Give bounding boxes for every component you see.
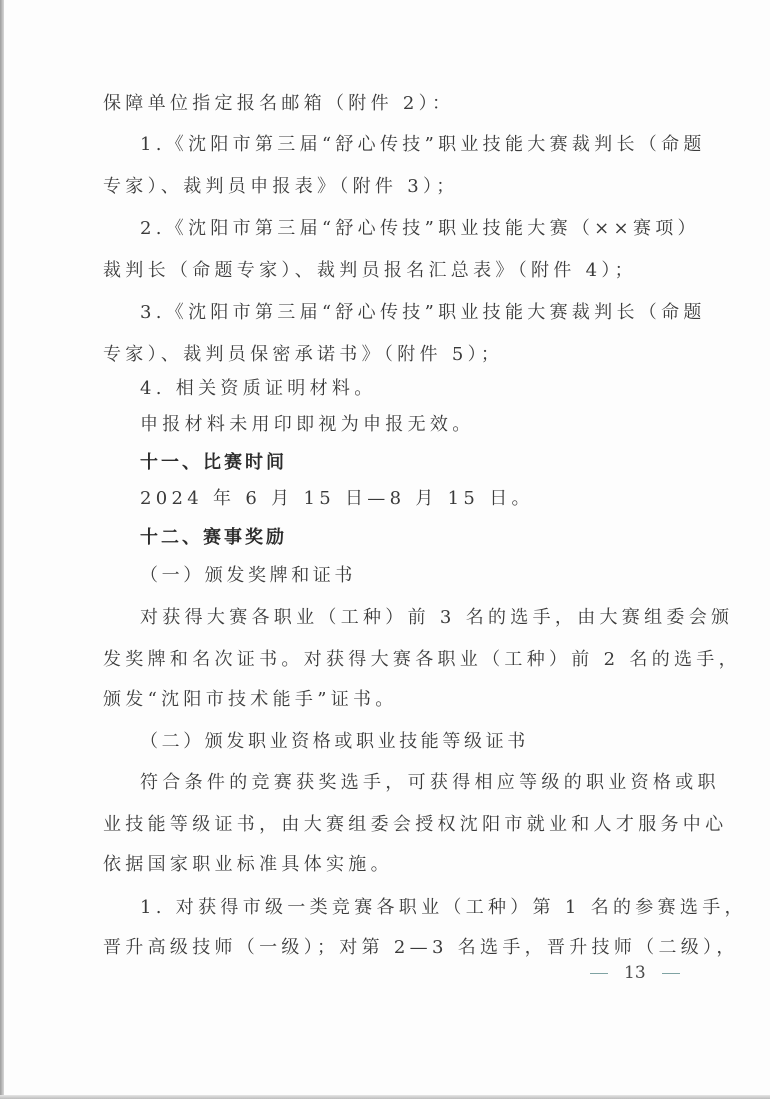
page-number-dash-left <box>590 973 608 974</box>
scan-edge-bottom <box>0 1095 770 1099</box>
text-line-item-1-cont: 专家）、裁判员申报表》（附件 3）； <box>103 175 459 199</box>
text-line-qualifications-1: 符合条件的竞赛获奖选手，可获得相应等级的职业资格或职 <box>140 771 720 795</box>
text-line-item-4: 4. 相关资质证明材料。 <box>140 377 377 401</box>
text-line-promotion-1: 1. 对获得市级一类竞赛各职业（工种）第 1 名的参赛选手， <box>140 896 747 920</box>
text-line-item-1: 1.《沈阳市第三届“舒心传技”职业技能大赛裁判长（命题 <box>140 133 706 157</box>
text-line-item-3-cont: 专家）、裁判员保密承诺书》（附件 5）； <box>103 343 503 367</box>
section-heading-awards: 十二、赛事奖励 <box>140 526 287 550</box>
text-line-medals-2: 发奖牌和名次证书。对获得大赛各职业（工种）前 2 名的选手， <box>103 648 741 672</box>
page-number-dash-right <box>662 973 680 974</box>
text-line-item-2: 2.《沈阳市第三届“舒心传技”职业技能大赛（××赛项） <box>140 217 700 241</box>
text-line-item-3: 3.《沈阳市第三届“舒心传技”职业技能大赛裁判长（命题 <box>140 301 706 325</box>
text-line-invalid-note: 申报材料未用印即视为申报无效。 <box>140 413 475 437</box>
subsection-heading-qualifications: （二）颁发职业资格或职业技能等级证书 <box>140 730 529 754</box>
text-line-attachment-email: 保障单位指定报名邮箱（附件 2）： <box>103 92 454 116</box>
scan-edge-left <box>0 0 4 1099</box>
section-heading-competition-time: 十一、比赛时间 <box>140 451 287 475</box>
text-line-promotion-2: 晋升高级技师（一级）；对第 2—3 名选手，晋升技师（二级）， <box>103 936 739 960</box>
text-line-medals-1: 对获得大赛各职业（工种）前 3 名的选手，由大赛组委会颁 <box>140 606 733 630</box>
text-line-item-2-cont: 裁判长（命题专家）、裁判员报名汇总表》（附件 4）； <box>103 259 637 283</box>
text-line-qualifications-2: 业技能等级证书，由大赛组委会授权沈阳市就业和人才服务中心 <box>103 813 727 837</box>
subsection-heading-medals: （一）颁发奖牌和证书 <box>140 564 356 588</box>
text-line-qualifications-3: 依据国家职业标准具体实施。 <box>103 853 393 877</box>
text-line-medals-3: 颁发“沈阳市技术能手”证书。 <box>103 688 398 712</box>
text-line-competition-dates: 2024 年 6 月 15 日—8 月 15 日。 <box>140 487 534 511</box>
page-number-value: 13 <box>624 963 646 983</box>
page-number: 13 <box>590 963 680 983</box>
